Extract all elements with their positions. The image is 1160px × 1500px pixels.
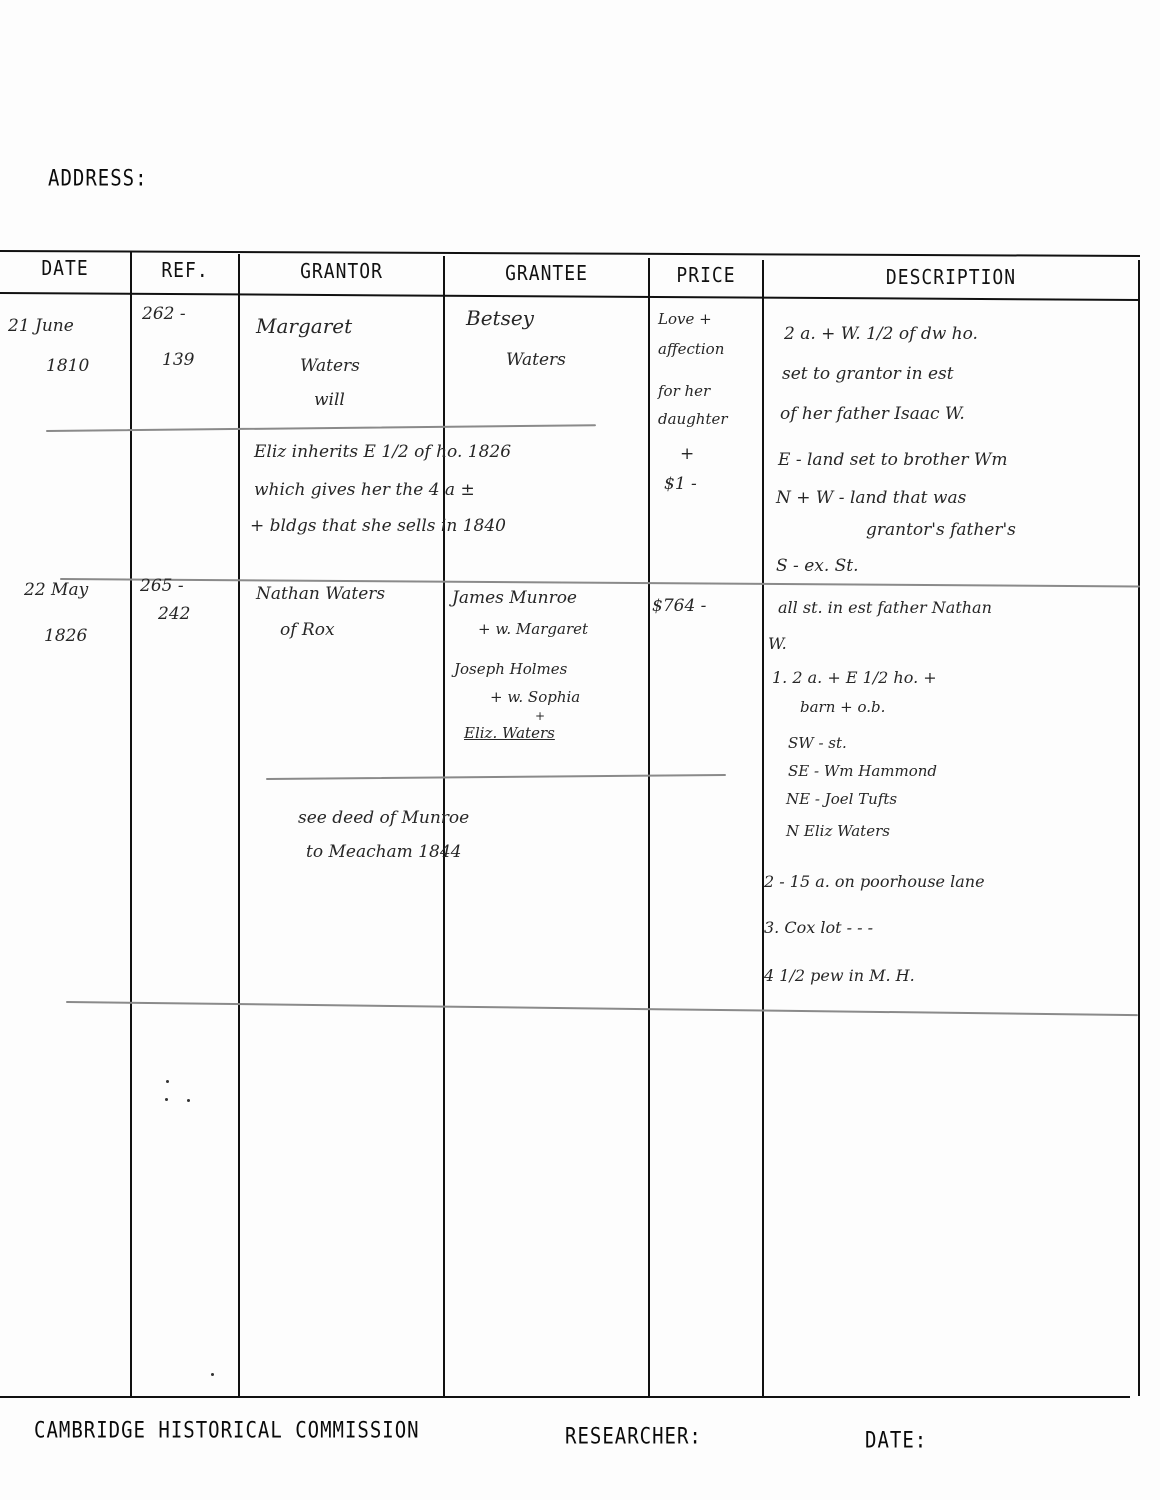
- organization-name: CAMBRIDGE HISTORICAL COMMISSION: [34, 1418, 420, 1443]
- entry-1-grantee-line-2: Waters: [506, 352, 566, 369]
- entry-1-ref-line-2: 139: [162, 352, 194, 369]
- entry-2-ref-line-1: 265 -: [140, 578, 184, 595]
- entry-2-note-line-2: to Meacham 1844: [306, 844, 461, 861]
- end-of-entries-line: [66, 1001, 1138, 1016]
- entry-2-description-line-1: all st. in est father Nathan: [778, 600, 992, 616]
- entry-2-grantee-line-1: James Munroe: [452, 590, 577, 607]
- entry-1-date-line-1: 21 June: [8, 318, 74, 335]
- entry-1-note-line-2: which gives her the 4 a ±: [254, 482, 475, 499]
- entry-1-description-line-7: S - ex. St.: [776, 558, 859, 575]
- header-bottom-border: [0, 292, 1140, 301]
- researcher-label: RESEARCHER:: [565, 1424, 702, 1449]
- entry-2-description-line-6: SE - Wm Hammond: [788, 764, 937, 779]
- date-label: DATE:: [865, 1428, 927, 1453]
- entry-2-description-line-5: SW - st.: [788, 736, 847, 751]
- entry-2-date-line-1: 22 May: [24, 582, 88, 599]
- column-divider-date: [130, 252, 132, 1396]
- entry-1-description-line-3: of her father Isaac W.: [780, 406, 965, 423]
- column-divider-price: [762, 260, 764, 1396]
- entry-2-description-line-7: NE - Joel Tufts: [786, 792, 897, 807]
- column-header-description: DESCRIPTION: [764, 265, 1138, 289]
- entry-2-description-line-8: N Eliz Waters: [786, 824, 890, 839]
- entry-1-grantee-line-1: Betsey: [466, 308, 534, 328]
- entry-1-price-line-6: $1 -: [664, 476, 697, 493]
- entry-2-grantee-line-4: + w. Sophia: [490, 690, 580, 705]
- entry-1-price-line-1: Love +: [658, 312, 712, 327]
- entry-1-price-line-3: for her: [658, 384, 710, 399]
- entry-2-underline: [266, 774, 726, 780]
- entry-2-description-line-10: 3. Cox lot - - -: [764, 920, 873, 936]
- entry-1-ref-line-1: 262 -: [142, 306, 186, 323]
- entry-1-description-line-4: E - land set to brother Wm: [778, 452, 1007, 469]
- entry-1-underline: [46, 424, 596, 432]
- entry-1-description-line-5: N + W - land that was: [776, 490, 966, 507]
- entry-2-price: $764 -: [652, 598, 706, 615]
- stray-mark: [166, 1080, 169, 1083]
- entry-1-date-line-2: 1810: [46, 358, 89, 375]
- column-header-price: PRICE: [650, 263, 762, 287]
- deed-record-form: ADDRESS: DATE REF. GRANTOR GRANTEE PRICE…: [0, 0, 1160, 1500]
- entry-2-date-line-2: 1826: [44, 628, 87, 645]
- stray-mark: [187, 1099, 190, 1102]
- column-header-date: DATE: [0, 256, 130, 280]
- entry-2-description-line-4: barn + o.b.: [800, 700, 885, 715]
- entry-2-grantee-line-5: +: [535, 710, 545, 722]
- column-header-ref: REF.: [132, 258, 238, 282]
- entry-1-description-line-6: grantor's father's: [866, 522, 1016, 539]
- table-right-border: [1138, 260, 1140, 1396]
- stray-mark: [211, 1373, 214, 1376]
- entry-1-description-line-1: 2 a. + W. 1/2 of dw ho.: [784, 326, 978, 343]
- entry-1-grantor-line-1: Margaret: [256, 316, 352, 336]
- table-top-border: [0, 250, 1140, 257]
- entry-1-description-line-2: set to grantor in est: [782, 366, 954, 383]
- entry-1-price-line-4: daughter: [658, 412, 728, 427]
- entry-2-grantee-line-3: Joseph Holmes: [454, 662, 567, 677]
- address-label: ADDRESS:: [48, 166, 148, 191]
- entry-1-price-line-5: +: [680, 446, 694, 463]
- entry-1-note-line-3: + bldgs that she sells in 1840: [250, 518, 506, 535]
- column-header-grantor: GRANTOR: [240, 259, 443, 283]
- entry-2-ref-line-2: 242: [158, 606, 190, 623]
- entry-2-description-line-3: 1. 2 a. + E 1/2 ho. +: [772, 670, 937, 686]
- entry-2-description-line-11: 4 1/2 pew in M. H.: [764, 968, 915, 984]
- entry-2-grantor-line-1: Nathan Waters: [256, 586, 385, 603]
- table-bottom-border: [0, 1396, 1130, 1398]
- entry-1-grantor-line-2: Waters: [300, 358, 360, 375]
- column-divider-ref: [238, 254, 240, 1396]
- entry-2-description-line-2: W.: [768, 636, 787, 652]
- entry-2-description-line-9: 2 - 15 a. on poorhouse lane: [764, 874, 985, 890]
- entry-2-note-line-1: see deed of Munroe: [298, 810, 469, 827]
- entry-2-grantee-line-6: Eliz. Waters: [464, 726, 555, 741]
- entry-1-price-line-2: affection: [658, 342, 724, 357]
- entry-1-note-line-1: Eliz inherits E 1/2 of ho. 1826: [254, 444, 511, 461]
- entry-separator: [60, 578, 1140, 588]
- column-divider-grantee: [648, 258, 650, 1396]
- column-header-grantee: GRANTEE: [445, 261, 648, 285]
- stray-mark: [165, 1098, 168, 1101]
- entry-2-grantor-line-2: of Rox: [280, 622, 335, 639]
- entry-1-grantor-line-3: will: [314, 392, 345, 409]
- entry-2-grantee-line-2: + w. Margaret: [478, 622, 588, 637]
